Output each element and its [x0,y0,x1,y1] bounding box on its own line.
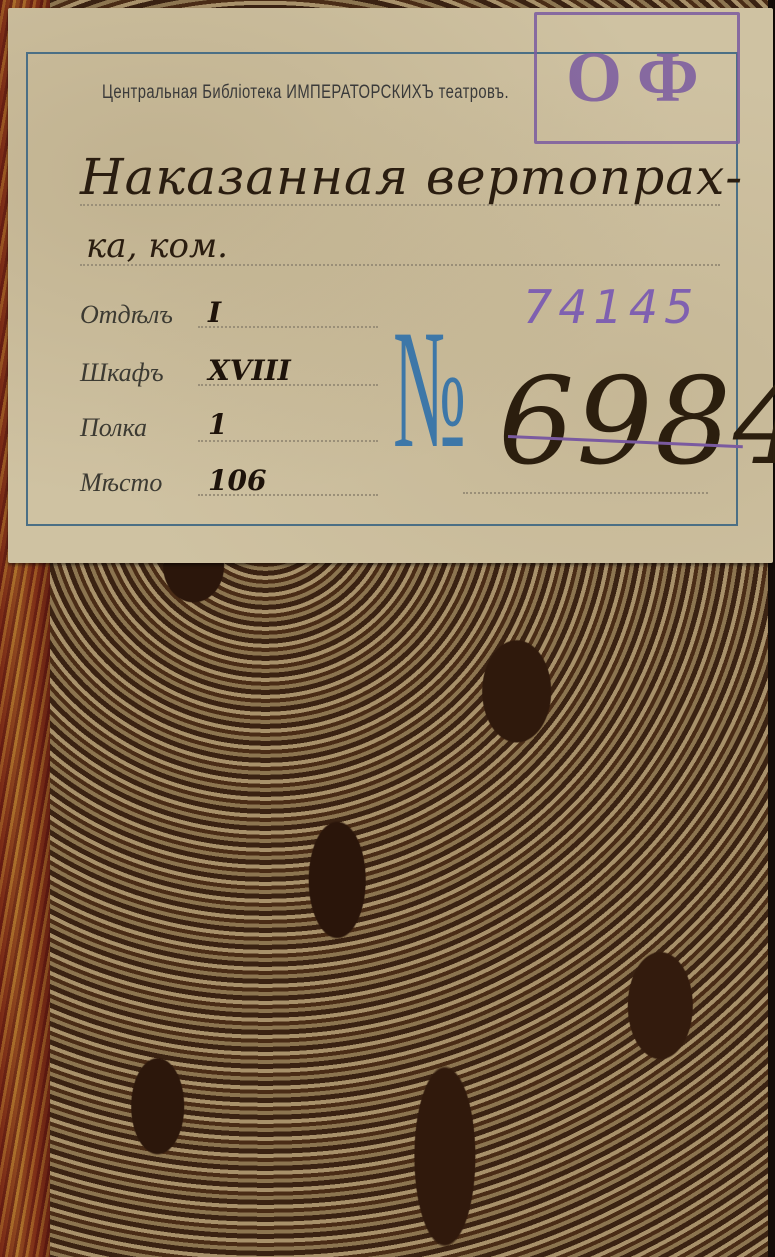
title-line-1-text: Наказанная вертопрах- [80,148,743,206]
field-label-shkaf: Шкафъ [80,358,164,388]
field-line-mesto [198,494,378,496]
stamp-text: ОФ [566,36,713,119]
new-catalog-number: 74145 [523,280,699,334]
field-value-shkaf: XVIII [208,354,291,387]
field-label-mesto: Мѣсто [80,468,162,498]
library-label: Центральная Библіотека ИМПЕРАТОРСКИХЪ те… [8,8,773,563]
number-line [463,492,708,494]
field-value-polka: 1 [208,408,227,441]
title-line-2-text: ка, ком. [86,226,228,266]
field-label-polka: Полка [80,413,147,443]
field-line-shkaf [198,384,378,386]
field-value-mesto: 106 [208,464,266,497]
old-catalog-number: 6984 [498,363,775,483]
number-sign: № [393,304,466,474]
field-line-polka [198,440,378,442]
field-value-otdel: I [208,296,221,329]
field-line-otdel [198,326,378,328]
library-header: Центральная Библіотека ИМПЕРАТОРСКИХЪ те… [102,82,509,104]
field-label-otdel: Отдѣлъ [80,300,173,330]
